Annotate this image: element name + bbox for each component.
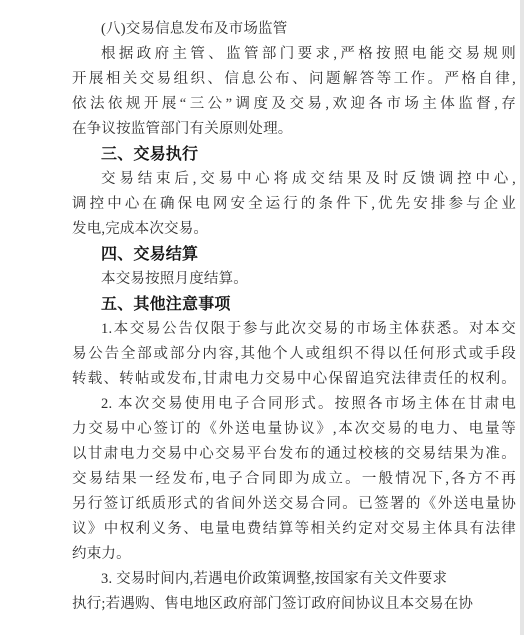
doc-line-18: 以甘肃电力交易中心交易平台发布的通过校核的交易结果为准。 [72, 442, 516, 467]
doc-line-2: 根据政府主管、监管部门要求,严格按照电能交易规则 [72, 42, 516, 67]
doc-line-9: 发电,完成本次交易。 [72, 217, 516, 242]
doc-line-14: 易公告全部或部分内容,其他个人或组织不得以任何形式或手段 [72, 342, 516, 367]
page-right-edge [520, 0, 524, 635]
doc-line-4: 依法依规开展“三公”调度及交易,欢迎各市场主体监督,存 [72, 92, 516, 117]
doc-line-17: 力交易中心签订的《外送电量协议》,本次交易的电力、电量等 [72, 417, 516, 442]
doc-line-8: 调控中心在确保电网安全运行的条件下,优先安排参与企业 [72, 192, 516, 217]
doc-line-13-note-1: 1.本交易公告仅限于参与此次交易的市场主体获悉。对本交 [72, 317, 516, 342]
doc-line-24: 执行;若遇购、售电地区政府部门签订政府间协议且本交易在协 [72, 592, 516, 617]
doc-line-11: 本交易按照月度结算。 [72, 267, 516, 292]
doc-line-23-note-3: 3. 交易时间内,若遇电价政策调整,按国家有关文件要求 [72, 567, 516, 592]
doc-line-22: 约束力。 [72, 542, 516, 567]
doc-line-15: 转载、转帖或发布,甘肃电力交易中心保留追究法律责任的权利。 [72, 367, 516, 392]
doc-line-19: 交易结果一经发布,电子合同即为成立。一般情况下,各方不再 [72, 467, 516, 492]
doc-line-3: 开展相关交易组织、信息公布、问题解答等工作。严格自律, [72, 67, 516, 92]
section-heading-4-settlement: 四、交易结算 [72, 242, 516, 267]
doc-line-16-note-2: 2. 本次交易使用电子合同形式。按照各市场主体在甘肃电 [72, 392, 516, 417]
doc-line-7: 交易结束后,交易中心将成交结果及时反馈调控中心, [72, 167, 516, 192]
doc-line-20: 另行签订纸质形式的省间外送交易合同。已签署的《外送电量协 [72, 492, 516, 517]
section-heading-5-notes: 五、其他注意事项 [72, 292, 516, 317]
doc-line-5: 在争议按监管部门有关原则处理。 [72, 117, 516, 142]
subsection-heading-8: (八)交易信息发布及市场监管 [72, 17, 516, 42]
document-content: (八)交易信息发布及市场监管 根据政府主管、监管部门要求,严格按照电能交易规则 … [72, 17, 516, 617]
doc-line-21: 议》中权利义务、电量电费结算等相关约定对交易主体具有法律 [72, 517, 516, 542]
section-heading-3-execution: 三、交易执行 [72, 142, 516, 167]
document-page: (八)交易信息发布及市场监管 根据政府主管、监管部门要求,严格按照电能交易规则 … [0, 0, 529, 635]
